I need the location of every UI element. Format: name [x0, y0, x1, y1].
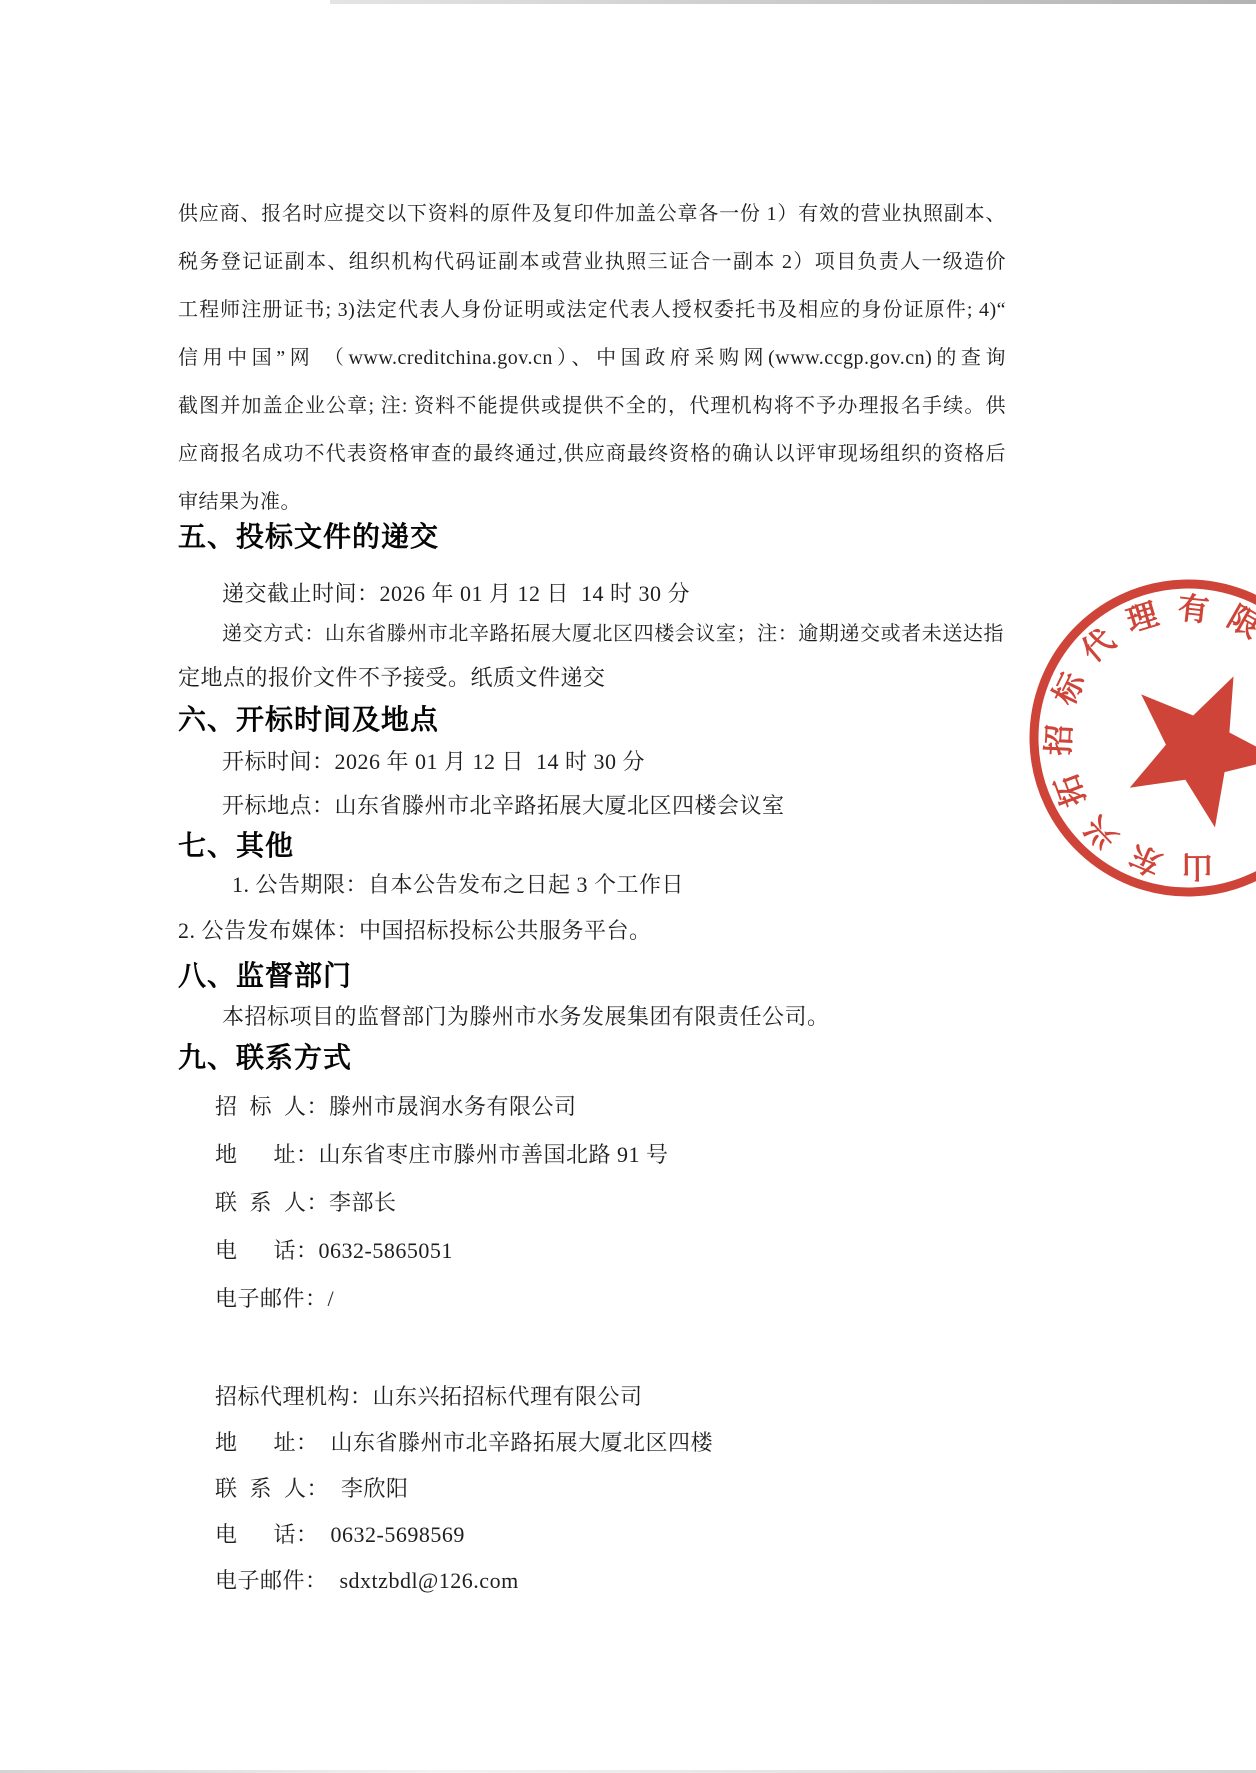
tenderer-phone-line: 电 话：0632-5865051 — [215, 1227, 669, 1275]
intro-paragraph: 供应商、报名时应提交以下资料的原件及复印件加盖公章各一份 1）有效的营业执照副本… — [178, 190, 1006, 526]
intro-line-3: 工程师注册证书; 3)法定代表人身份证明或法定代表人授权委托书及相应的身份证原件… — [178, 286, 1006, 334]
intro-line-4: 信用中国”网 （www.creditchina.gov.cn）、中国政府采购网(… — [178, 334, 1006, 382]
announcement-period-line: 1. 公告期限：自本公告发布之日起 3 个工作日 — [232, 868, 684, 902]
tenderer-name-line: 招 标 人：滕州市晟润水务有限公司 — [215, 1083, 669, 1131]
intro-line-5: 截图并加盖企业公章; 注: 资料不能提供或提供不全的，代理机构将不予办理报名手续… — [178, 382, 1006, 430]
agency-contact-person-line: 联 系 人： 李欣阳 — [215, 1466, 713, 1512]
agency-name-line: 招标代理机构：山东兴拓招标代理有限公司 — [215, 1374, 713, 1420]
tenderer-address-line: 地 址：山东省枣庄市滕州市善国北路 91 号 — [215, 1131, 669, 1179]
bid-opening-time-line: 开标时间：2026 年 01 月 12 日 14 时 30 分 — [222, 745, 645, 779]
tenderer-contact-person-line: 联 系 人：李部长 — [215, 1179, 669, 1227]
supervision-department-line: 本招标项目的监督部门为滕州市水务发展集团有限责任公司。 — [222, 1000, 830, 1034]
bid-opening-place-line: 开标地点：山东省滕州市北辛路拓展大厦北区四楼会议室 — [222, 789, 785, 823]
tenderer-email-line: 电子邮件：/ — [215, 1275, 669, 1323]
intro-line-1: 供应商、报名时应提交以下资料的原件及复印件加盖公章各一份 1）有效的营业执照副本… — [178, 190, 1006, 238]
intro-line-2: 税务登记证副本、组织机构代码证副本或营业执照三证合一副本 2）项目负责人一级造价 — [178, 238, 1006, 286]
submission-method-line-2: 定地点的报价文件不予接受。纸质文件递交 — [178, 661, 606, 695]
agency-email-line: 电子邮件： sdxtzbdl@126.com — [215, 1558, 713, 1604]
submission-method-line-1: 递交方式：山东省滕州市北辛路拓展大厦北区四楼会议室；注：逾期递交或者未送达指 — [222, 612, 1004, 656]
agency-contact-block: 招标代理机构：山东兴拓招标代理有限公司 地 址： 山东省滕州市北辛路拓展大厦北区… — [215, 1374, 713, 1604]
seal-graphic: 山东兴拓招标代理有限公司 3 1 — [934, 484, 1256, 993]
agency-phone-line: 电 话： 0632-5698569 — [215, 1512, 713, 1558]
section-7-heading: 七、其他 — [178, 826, 294, 866]
section-9-heading: 九、联系方式 — [178, 1038, 352, 1078]
section-5-heading: 五、投标文件的递交 — [178, 517, 439, 557]
intro-line-6: 应商报名成功不代表资格审查的最终通过,供应商最终资格的确认以评审现场组织的资格后 — [178, 430, 1006, 478]
document-page: 供应商、报名时应提交以下资料的原件及复印件加盖公章各一份 1）有效的营业执照副本… — [0, 0, 1256, 1773]
seal-star-icon — [1089, 639, 1256, 849]
tenderer-contact-block: 招 标 人：滕州市晟润水务有限公司 地 址：山东省枣庄市滕州市善国北路 91 号… — [215, 1083, 669, 1323]
company-seal-stamp: 山东兴拓招标代理有限公司 3 1 — [934, 484, 1256, 993]
announcement-media-line: 2. 公告发布媒体：中国招标投标公共服务平台。 — [178, 914, 652, 948]
section-8-heading: 八、监督部门 — [178, 956, 352, 996]
agency-address-line: 地 址： 山东省滕州市北辛路拓展大厦北区四楼 — [215, 1420, 713, 1466]
scan-edge-top — [330, 0, 1256, 4]
submission-deadline-line: 递交截止时间：2026 年 01 月 12 日 14 时 30 分 — [222, 577, 690, 611]
section-6-heading: 六、开标时间及地点 — [178, 700, 439, 740]
